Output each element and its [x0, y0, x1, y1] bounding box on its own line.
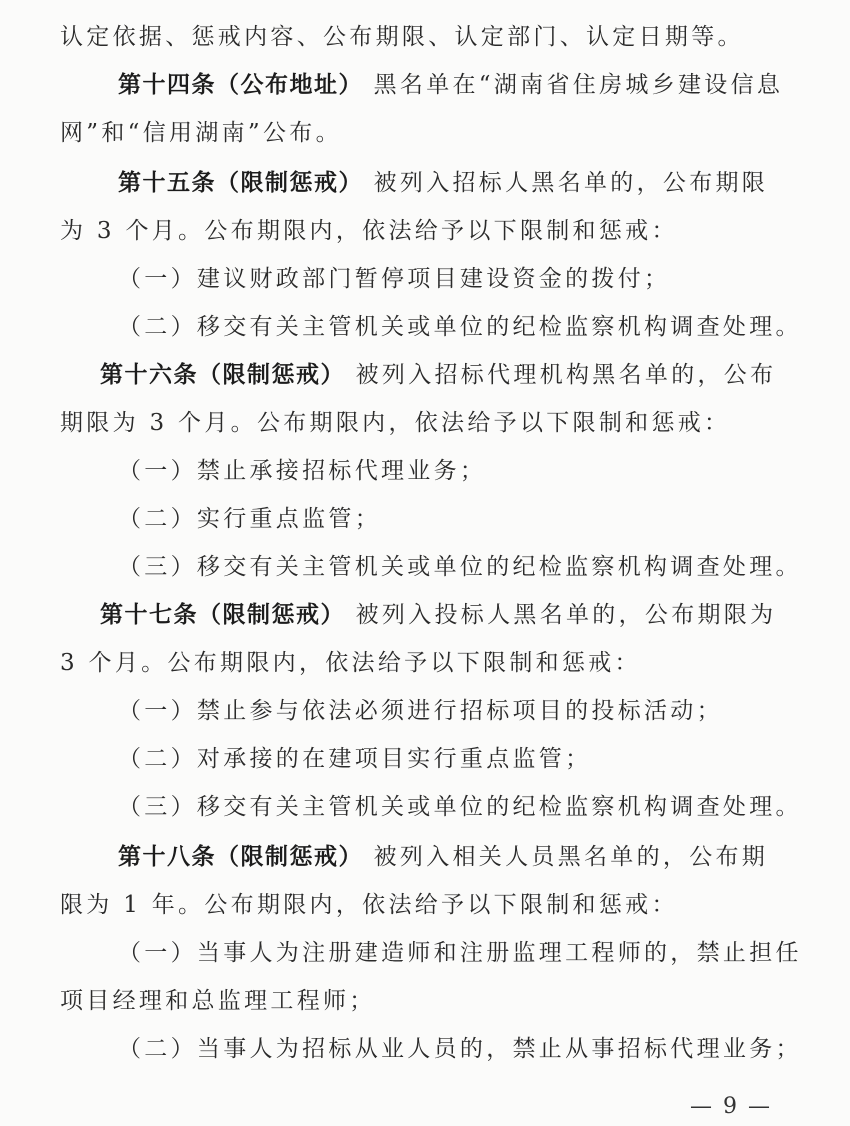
article-title: 第十五条（限制惩戒） — [118, 170, 363, 196]
list-item: （三）移交有关主管机关或单位的纪检监察机构调查处理。 — [118, 792, 802, 822]
article-title: 第十六条（限制惩戒） — [100, 362, 345, 388]
article-title: 第十七条（限制惩戒） — [100, 602, 345, 628]
text-line: 网”和“信用湖南”公布。 — [60, 118, 342, 148]
list-item: （二）当事人为招标从业人员的，禁止从事招标代理业务； — [118, 1034, 802, 1064]
article-18: 第十八条（限制惩戒） 被列入相关人员黑名单的，公布期 — [118, 842, 768, 872]
text-line: 限为 1 年。公布期限内，依法给予以下限制和惩戒： — [60, 890, 678, 920]
article-14: 第十四条（公布地址） 黑名单在“湖南省住房城乡建设信息 — [118, 70, 783, 100]
list-item: （一）禁止参与依法必须进行招标项目的投标活动； — [118, 696, 723, 726]
article-title: 第十四条（公布地址） — [118, 72, 363, 98]
text-line: 项目经理和总监理工程师； — [60, 986, 376, 1016]
list-item: （一）当事人为注册建造师和注册监理工程师的，禁止担任 — [118, 938, 802, 968]
text-line: 认定依据、惩戒内容、公布期限、认定部门、认定日期等。 — [60, 22, 744, 52]
list-item: （三）移交有关主管机关或单位的纪检监察机构调查处理。 — [118, 552, 802, 582]
article-15: 第十五条（限制惩戒） 被列入招标人黑名单的，公布期限 — [118, 168, 768, 198]
list-item: （一）建议财政部门暂停项目建设资金的拨付； — [118, 264, 670, 294]
text-line: 为 3 个月。公布期限内，依法给予以下限制和惩戒： — [60, 216, 678, 246]
list-item: （二）实行重点监管； — [118, 504, 381, 534]
list-item: （二）移交有关主管机关或单位的纪检监察机构调查处理。 — [118, 312, 802, 342]
list-item: （一）禁止承接招标代理业务； — [118, 456, 486, 486]
list-item: （二）对承接的在建项目实行重点监管； — [118, 744, 591, 774]
page-number: — 9 — — [690, 1094, 772, 1119]
article-title: 第十八条（限制惩戒） — [118, 844, 363, 870]
text-line: 3 个月。公布期限内，依法给予以下限制和惩戒： — [60, 648, 641, 678]
article-16: 第十六条（限制惩戒） 被列入招标代理机构黑名单的，公布 — [100, 360, 776, 390]
text-line: 期限为 3 个月。公布期限内，依法给予以下限制和惩戒： — [60, 408, 730, 438]
document-page: 认定依据、惩戒内容、公布期限、认定部门、认定日期等。 第十四条（公布地址） 黑名… — [0, 0, 850, 1126]
article-17: 第十七条（限制惩戒） 被列入投标人黑名单的，公布期限为 — [100, 600, 776, 630]
